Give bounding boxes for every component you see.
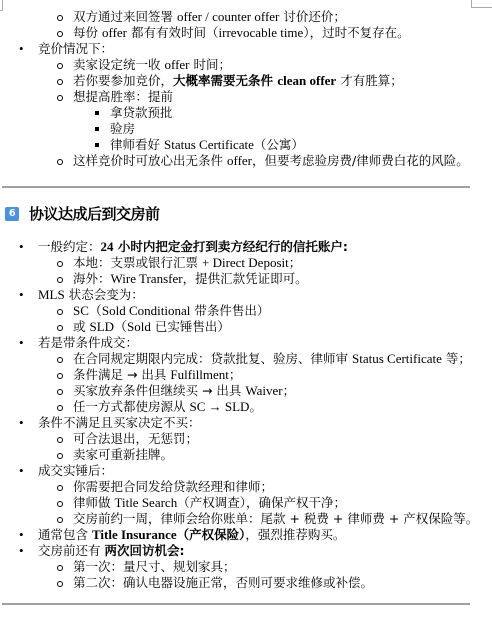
list-item-text: offer — [102, 25, 127, 40]
list-item-text: 每份 — [73, 25, 102, 40]
list-item-text: Wire Transfer — [111, 271, 183, 286]
list-item-level-3: 律师看好 Status Certificate（公寓） — [0, 137, 469, 153]
list-item-text: SC → SLD — [189, 399, 249, 414]
list-item-level-2: 交房前约一周，律师会给你账单：尾款 + 税费 + 律师费 + 产权保险等。 — [0, 511, 478, 527]
list-item-level-2: 律师做 Title Search（产权调查），确保产权干净； — [0, 495, 478, 511]
list-item-text: 。 — [249, 399, 262, 414]
list-item-text: 拿贷款预批 — [110, 105, 173, 120]
list-item-text: ，但要考虑验房费/律师费白花的风险。 — [252, 153, 469, 168]
list-item-text: 条件不满足且买家决定不买： — [38, 415, 201, 430]
sub-list: 卖家设定统一收 offer 时间；若你要参加竞价，大概率需要无条件 clean … — [38, 57, 469, 169]
list-item-text: Waiver — [245, 383, 282, 398]
list-item-text: 第一次：量尺寸、规划家具； — [73, 559, 236, 574]
list-item-text: SLD（Sold — [89, 319, 150, 334]
list-item-text: 验房 — [110, 121, 135, 136]
list-item-text: Status Certificate — [164, 137, 254, 152]
list-item-text: （产权调查），确保产权干净； — [177, 495, 346, 510]
list-item-text: Title Search — [114, 495, 177, 510]
list-item-text: 状态会变为： — [65, 287, 144, 302]
list-item-text: 若是带条件成交： — [38, 335, 138, 350]
sub-list: 第一次：量尺寸、规划家具；第二次：确认电器设施正常，否则可要求维修或补偿。 — [38, 559, 478, 591]
list-item-level-2: 这样竞价时可放心出无条件 offer，但要考虑验房费/律师费白花的风险。 — [0, 153, 469, 169]
list-item-level-2: 若你要参加竞价，大概率需要无条件 clean offer 才有胜算； — [0, 73, 469, 89]
list-item-level-2: 想提高胜率：提前拿贷款预批验房律师看好 Status Certificate（公… — [0, 89, 469, 153]
list-item-text: 若你要参加竞价， — [73, 73, 173, 88]
list-item-text: clean offer — [277, 73, 336, 88]
list-item-level-2: 买家放弃条件但继续买 → 出具 Waiver； — [0, 383, 478, 399]
list-item-text: 律师做 — [73, 495, 114, 510]
list-item-level-1: MLS 状态会变为：SC（Sold Conditional 带条件售出）或 SL… — [0, 287, 478, 335]
list-item-text: offer — [164, 57, 189, 72]
list-item-level-2: 在合同规定期限内完成：贷款批复、验房、律师审 Status Certificat… — [0, 351, 478, 367]
list-item-level-2: 或 SLD（Sold 已实锤售出） — [0, 319, 478, 335]
list-item-level-1: 一般约定：24 小时内把定金打到卖方经纪行的信托账户:本地：支票或银行汇票 + … — [0, 239, 478, 287]
list-item-text: 交房前还有 — [38, 543, 104, 558]
list-item-text: 两次回访机会: — [104, 543, 184, 558]
list-item-level-1: 成交实锤后：你需要把合同发给贷款经理和律师；律师做 Title Search（产… — [0, 463, 478, 527]
list-item-text: 讨价还价； — [279, 9, 345, 24]
list-item-level-3: 验房 — [0, 121, 469, 137]
border-fragment-right — [471, 0, 492, 8]
section-heading-title: 协议达成后到交房前 — [29, 206, 160, 222]
list-item-text: Status Certificate — [352, 351, 442, 366]
sub-list: SC（Sold Conditional 带条件售出）或 SLD（Sold 已实锤… — [38, 303, 478, 335]
list-item-text: 买家放弃条件但继续买 → 出具 — [73, 383, 245, 398]
sub-list: 双方通过来回签署 offer / counter offer 讨价还价；每份 o… — [0, 9, 469, 41]
list-item-level-3: 拿贷款预批 — [0, 105, 469, 121]
list-item-text: 想提高胜率：提前 — [73, 89, 173, 104]
list-item-text: 等； — [442, 351, 471, 366]
list-item-text: Fulfillment — [170, 367, 229, 382]
list-item-text: 竞价情况下： — [38, 41, 113, 56]
section-heading: 6 协议达成后到交房前 — [5, 206, 160, 222]
sub-sub-list: 拿贷款预批验房律师看好 Status Certificate（公寓） — [73, 105, 469, 153]
list-item-text: 海外： — [73, 271, 111, 286]
list-item-text: Title Insurance — [92, 527, 177, 542]
list-item-level-2: 你需要把合同发给贷款经理和律师； — [0, 479, 478, 495]
list-item-text: 都有有效时间（ — [127, 25, 218, 40]
list-item-level-1: 条件不满足且买家决定不买：可合法退出，无惩罚；卖家可重新挂牌。 — [0, 415, 478, 463]
post-agreement-list: 一般约定：24 小时内把定金打到卖方经纪行的信托账户:本地：支票或银行汇票 + … — [0, 239, 478, 591]
sub-list: 本地：支票或银行汇票 + Direct Deposit；海外：Wire Tran… — [38, 255, 478, 287]
list-item-level-2: 卖家设定统一收 offer 时间； — [0, 57, 469, 73]
list-item-text: （产权保险） — [177, 527, 246, 542]
list-item-text: 双方通过来回签署 — [73, 9, 177, 24]
list-item-text: 已实锤售出） — [151, 319, 230, 334]
list-item-text: 第二次：确认电器设施正常，否则可要求维修或补偿。 — [73, 575, 373, 590]
section-divider-top — [2, 186, 470, 188]
list-item-level-2: 第二次：确认电器设施正常，否则可要求维修或补偿。 — [0, 575, 478, 591]
list-item-level-2: 卖家可重新挂牌。 — [0, 447, 478, 463]
list-item-level-2: 本地：支票或银行汇票 + Direct Deposit； — [0, 255, 478, 271]
list-item-text: 这样竞价时可放心出无条件 — [73, 153, 227, 168]
list-item-text: 本地：支票或银行汇票 — [73, 255, 202, 270]
list-item-level-1: 竞价情况下：卖家设定统一收 offer 时间；若你要参加竞价，大概率需要无条件 … — [0, 41, 469, 169]
list-item-text: 或 — [73, 319, 89, 334]
list-item-level-2: 每份 offer 都有有效时间（irrevocable time），过时不复存在… — [0, 25, 469, 41]
list-item-level-2: 双方通过来回签署 offer / counter offer 讨价还价； — [0, 9, 469, 25]
list-item-text: 才有胜算； — [336, 73, 402, 88]
keycap-6-icon: 6 — [5, 207, 19, 221]
offer-bidding-list: 双方通过来回签署 offer / counter offer 讨价还价；每份 o… — [0, 9, 469, 169]
list-item-text: offer / counter offer — [177, 9, 279, 24]
sub-list: 你需要把合同发给贷款经理和律师；律师做 Title Search（产权调查），确… — [38, 479, 478, 527]
list-item-text: MLS — [38, 287, 65, 302]
list-item-text: 一般约定： — [38, 239, 101, 254]
list-item-text: ，强烈推荐购买。 — [245, 527, 345, 542]
bullet-list: 一般约定：24 小时内把定金打到卖方经纪行的信托账户:本地：支票或银行汇票 + … — [0, 239, 478, 591]
list-item-level-2: 条件满足 → 出具 Fulfillment； — [0, 367, 478, 383]
list-item-text: 小时内把定金打到卖方经纪行的信托账户: — [114, 239, 348, 254]
list-item-text: 大概率需要无条件 — [173, 73, 277, 88]
list-item-text: 卖家可重新挂牌。 — [73, 447, 173, 462]
list-item-text: ，提供汇款凭证即可。 — [183, 271, 308, 286]
list-item-level-2: 可合法退出，无惩罚； — [0, 431, 478, 447]
list-item-level-2: SC（Sold Conditional 带条件售出） — [0, 303, 478, 319]
list-item-level-2: 任一方式都使房源从 SC → SLD。 — [0, 399, 478, 415]
list-item-text: 带条件售出） — [190, 303, 269, 318]
list-item-text: 可合法退出，无惩罚； — [73, 431, 198, 446]
list-item-text: ； — [229, 367, 242, 382]
list-item-text: + Direct Deposit — [202, 255, 289, 270]
list-item-text: 24 — [101, 239, 114, 254]
list-item-level-1: 若是带条件成交：在合同规定期限内完成：贷款批复、验房、律师审 Status Ce… — [0, 335, 478, 415]
list-item-text: 条件满足 → 出具 — [73, 367, 170, 382]
list-item-text: 交房前约一周，律师会给你账单：尾款 + 税费 + 律师费 + 产权保险等。 — [73, 511, 478, 526]
list-item-text: 律师看好 — [110, 137, 164, 152]
list-item-text: ），过时不复存在。 — [303, 25, 409, 40]
list-item-level-1: 通常包含 Title Insurance（产权保险），强烈推荐购买。 — [0, 527, 478, 543]
list-item-text: 在合同规定期限内完成：贷款批复、验房、律师审 — [73, 351, 352, 366]
list-item-level-2: 海外：Wire Transfer，提供汇款凭证即可。 — [0, 271, 478, 287]
bullet-list: 双方通过来回签署 offer / counter offer 讨价还价；每份 o… — [0, 9, 469, 169]
list-item-text: ； — [289, 255, 302, 270]
list-item-text: 成交实锤后： — [38, 463, 113, 478]
list-item-text: irrevocable time — [219, 25, 304, 40]
list-item-text: ； — [283, 383, 296, 398]
list-item-level-1: 交房前还有 两次回访机会:第一次：量尺寸、规划家具；第二次：确认电器设施正常，否… — [0, 543, 478, 591]
list-item-text: 通常包含 — [38, 527, 92, 542]
list-item-text: 你需要把合同发给贷款经理和律师； — [73, 479, 273, 494]
list-item-level-2: 第一次：量尺寸、规划家具； — [0, 559, 478, 575]
list-item-text: （公寓） — [254, 137, 304, 152]
section-divider-bottom — [2, 603, 470, 605]
sub-list: 在合同规定期限内完成：贷款批复、验房、律师审 Status Certificat… — [38, 351, 478, 415]
list-item-text: 时间； — [190, 57, 231, 72]
list-item-text: offer — [227, 153, 252, 168]
list-item-text: 卖家设定统一收 — [73, 57, 164, 72]
sub-list: 可合法退出，无惩罚；卖家可重新挂牌。 — [38, 431, 478, 463]
list-item-text: 任一方式都使房源从 — [73, 399, 189, 414]
list-item-text: SC（Sold Conditional — [73, 303, 190, 318]
